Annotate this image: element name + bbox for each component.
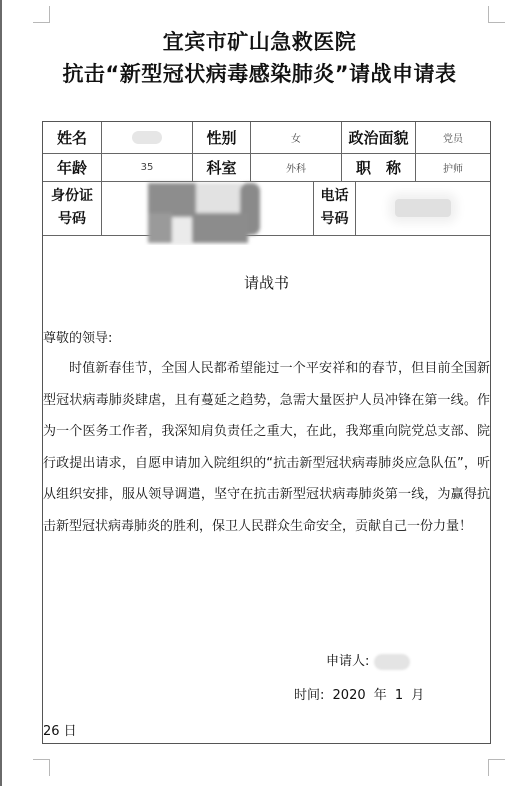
form-row-id: 身份证 号码 电话 号码: [43, 181, 490, 236]
letter-title: 请战书: [43, 272, 490, 293]
name-field[interactable]: [102, 122, 193, 153]
applicant-line: 申请人:: [326, 650, 410, 670]
applicant-label: 申请人:: [326, 654, 369, 669]
crop-mark-bottom-right-icon: [488, 759, 505, 776]
form-row-1: 姓名 性别 女 政治面貌 党员: [43, 122, 490, 154]
phone-label: 电话 号码: [314, 181, 356, 235]
crop-mark-top-left-icon: [33, 6, 50, 23]
window-edge: [0, 0, 2, 786]
document-subtitle: 抗击“新型冠状病毒感染肺炎”请战申请表: [0, 58, 519, 88]
date-line: 时间: 2020 年 1 月: [294, 684, 424, 703]
id-number-field[interactable]: [102, 181, 314, 235]
crop-mark-top-right-icon: [488, 6, 505, 23]
political-status-field[interactable]: 党员: [416, 122, 490, 153]
letter-body: 时值新春佳节，全国人民都希望能过一个平安祥和的春节，但目前全国新型冠状病毒肺炎肆…: [43, 353, 490, 542]
crop-mark-bottom-left-icon: [33, 759, 50, 776]
job-title-label: 职 称: [342, 153, 416, 181]
redacted-applicant-name: [374, 654, 410, 670]
letter-salutation: 尊敬的领导:: [43, 327, 112, 346]
redacted-id-number: [144, 175, 274, 245]
phone-field[interactable]: [356, 181, 490, 235]
redacted-phone: [395, 199, 451, 217]
gender-field[interactable]: 女: [251, 122, 342, 153]
gender-label: 性别: [193, 122, 251, 153]
name-label: 姓名: [43, 122, 102, 153]
redacted-name: [132, 131, 162, 144]
date-label: 时间:: [294, 688, 324, 703]
date-value: 2020 年 1 月: [333, 688, 425, 703]
id-number-label: 身份证 号码: [43, 181, 102, 235]
age-label: 年龄: [43, 153, 102, 181]
job-title-field[interactable]: 护师: [416, 153, 490, 181]
document-title: 宜宾市矿山急救医院: [0, 26, 519, 56]
date-day: 26 日: [43, 720, 77, 739]
application-form: 姓名 性别 女 政治面貌 党员 年龄 35 科室 外科 职 称 护师 身份证 号…: [42, 121, 491, 744]
political-status-label: 政治面貌: [342, 122, 416, 153]
